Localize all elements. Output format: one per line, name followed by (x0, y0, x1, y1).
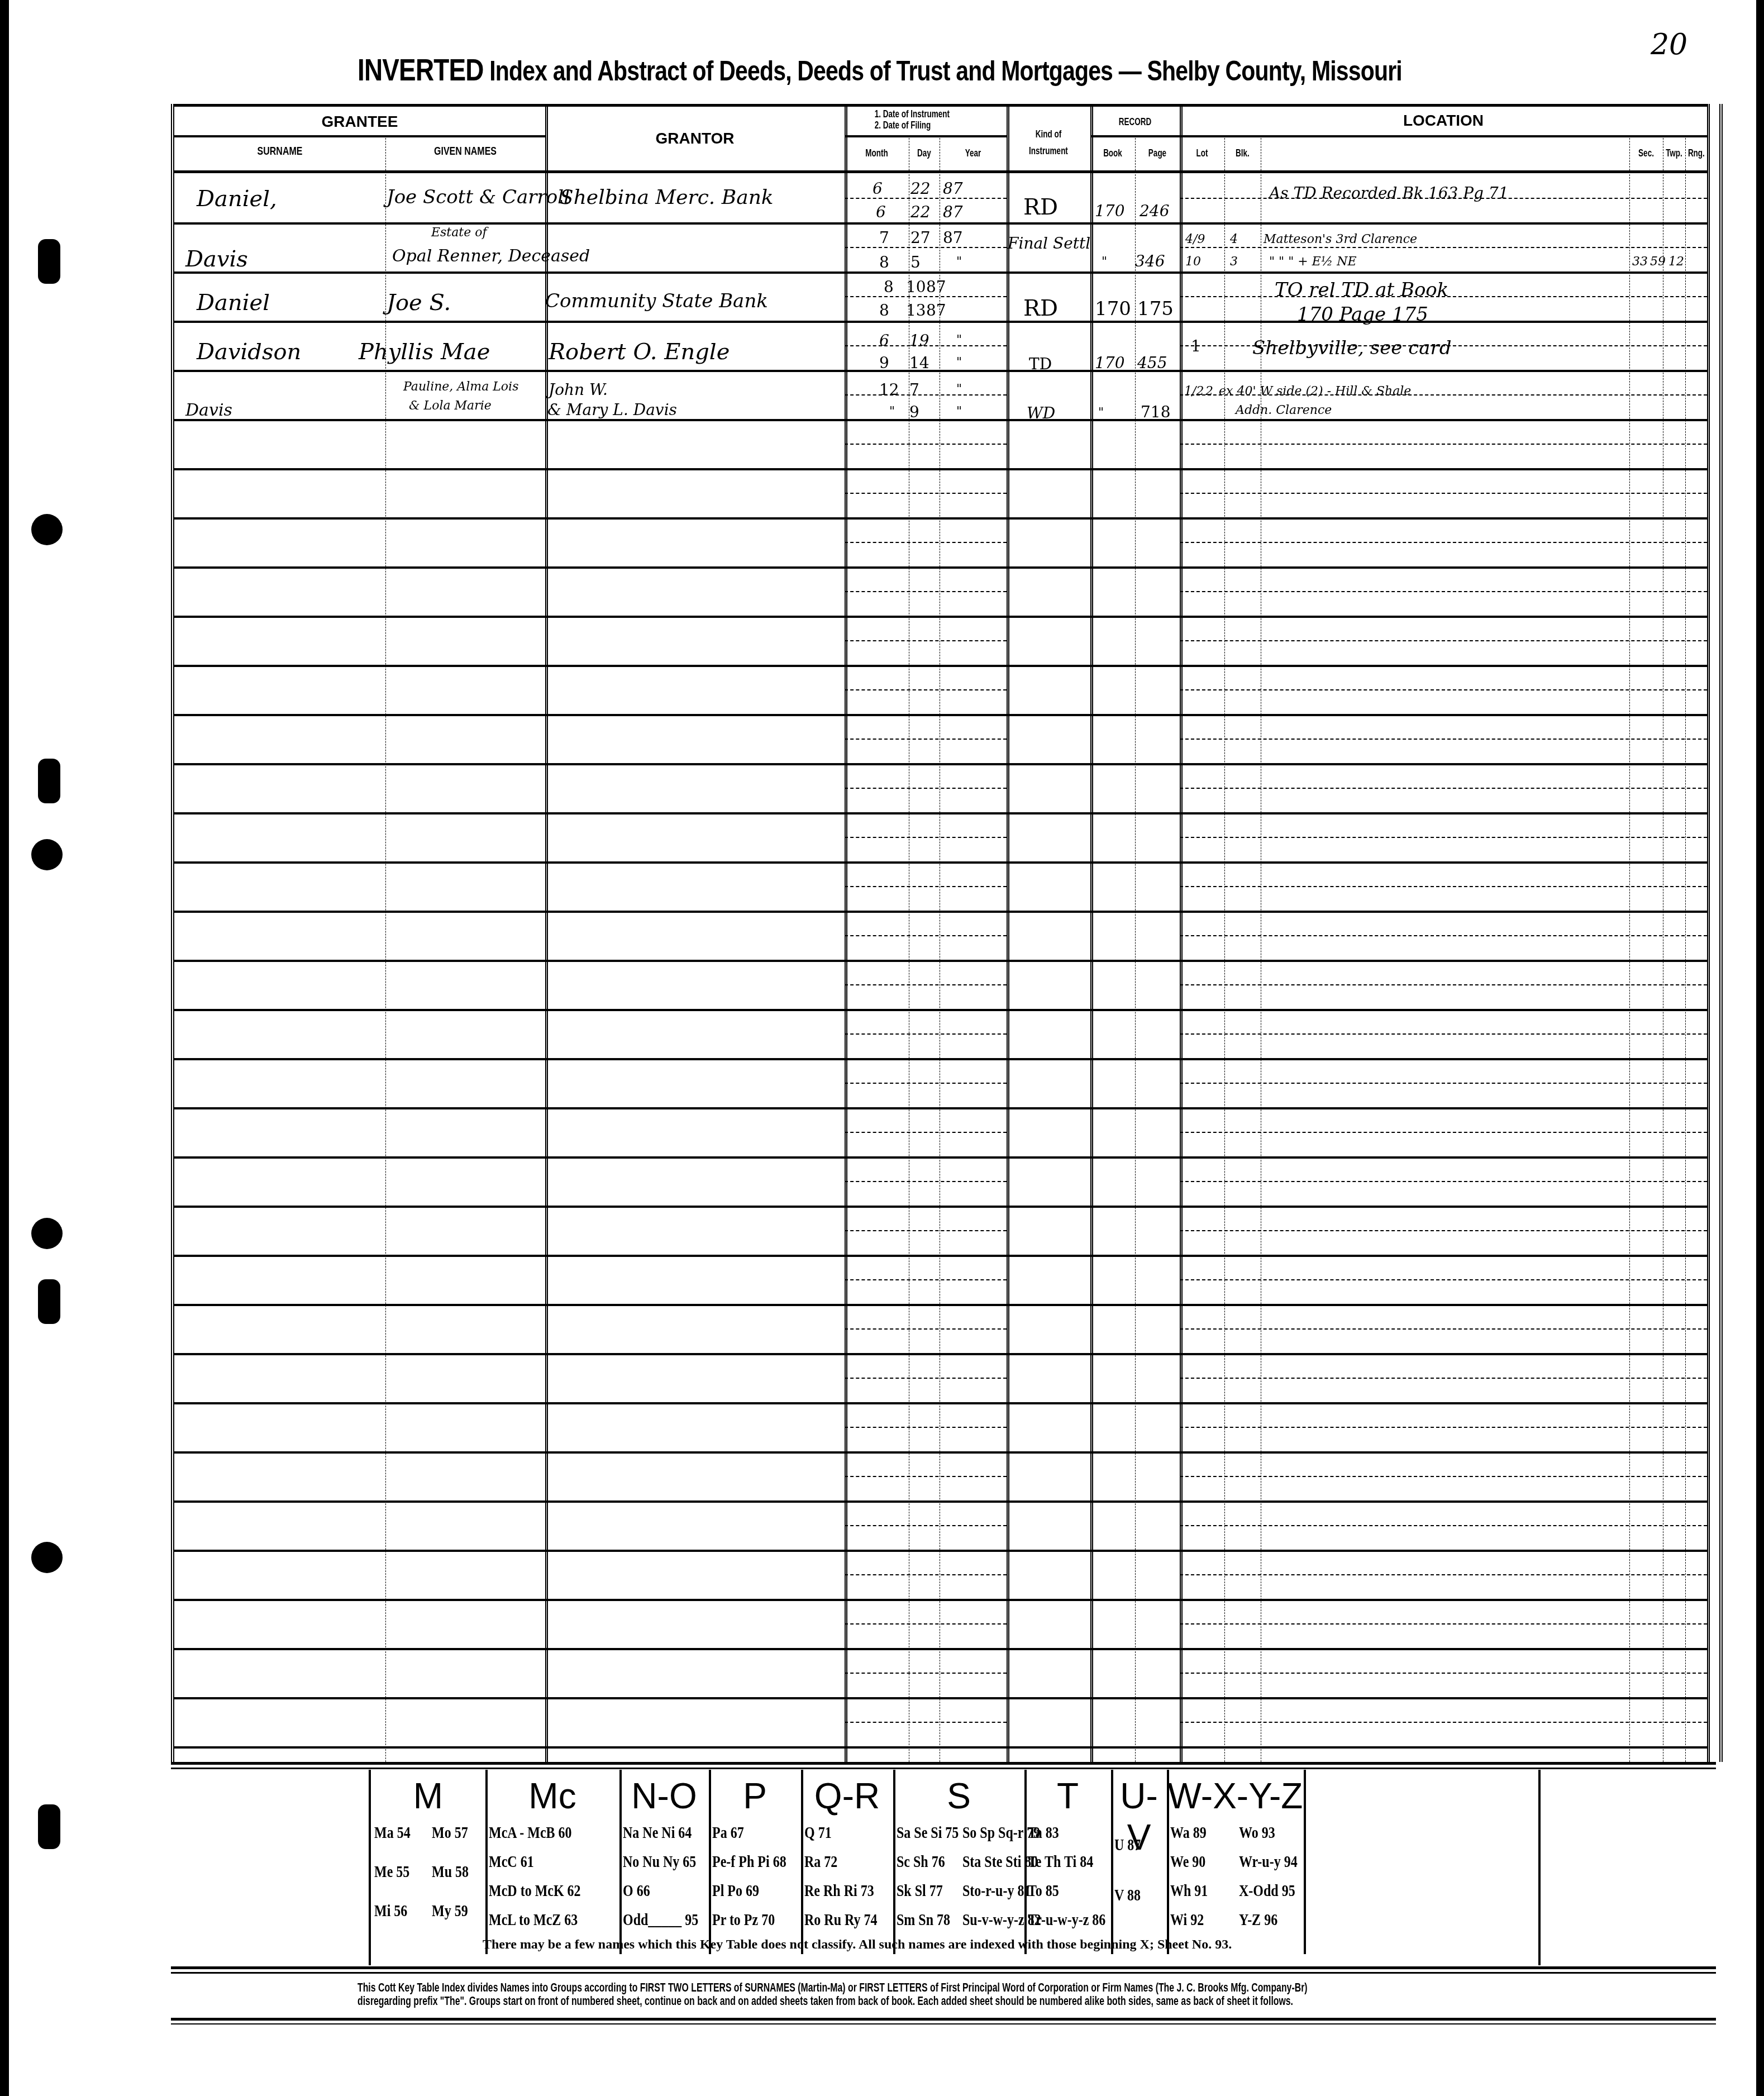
header-grantor: GRANTOR (545, 130, 845, 147)
row-half-rule (1180, 788, 1707, 789)
key-table-note: There may be a few names which this Key … (483, 1937, 1232, 1952)
entry-4-location: Shelbyville, see card (1252, 339, 1452, 358)
entry-1-file-day: 22 (910, 204, 931, 220)
entry-2-sec: 33 (1632, 256, 1648, 268)
key-group-letter: T (1024, 1775, 1111, 1817)
subcol-divider (1224, 135, 1225, 1762)
header-page: Page (1141, 147, 1174, 159)
row-rule (174, 1599, 1707, 1601)
entry-2-file-day: 5 (910, 255, 921, 270)
key-group-p: PPa 67Pe-f Ph Pi 68Pl Po 69Pr to Pz 70 (709, 1770, 803, 1954)
key-entry: Pe-f Ph Pi 68 (712, 1852, 786, 1871)
row-half-rule (1180, 444, 1707, 445)
entry-5-given-names: & Lola Marie (409, 400, 492, 412)
row-half-rule (1180, 591, 1707, 592)
entry-5-file-day: 9 (909, 404, 919, 420)
page-title: INVERTED Index and Abstract of Deeds, De… (357, 51, 1338, 88)
row-rule (174, 517, 1707, 520)
key-entry: X-Odd 95 (1239, 1881, 1295, 1900)
row-rule (174, 1156, 1707, 1159)
entry-4-surname: Davidson (197, 341, 301, 363)
row-half-rule (845, 886, 1007, 887)
binder-slot (38, 1279, 60, 1324)
binder-slot (38, 759, 60, 803)
row-half-rule (845, 935, 1007, 936)
entry-1-inst-year: 87 (943, 181, 963, 197)
key-entry: McD to McK 62 (489, 1881, 581, 1900)
row-half-rule (1180, 1378, 1707, 1379)
row-half-rule (1180, 1574, 1707, 1575)
entry-3-book: 170 (1095, 299, 1131, 318)
entry-2-file-year: " (956, 256, 962, 268)
row-rule (174, 1697, 1707, 1699)
subcol-divider (940, 135, 940, 1762)
row-half-rule (845, 542, 1007, 543)
entry-2-blk2: 3 (1230, 256, 1238, 268)
header-grantee: GRANTEE (174, 113, 545, 131)
entry-5-lot: 1/2 (1184, 385, 1204, 398)
col-divider (1707, 104, 1710, 1762)
entry-2-inst-month: 7 (879, 230, 889, 246)
entry-1-kind: RD (1023, 196, 1058, 218)
entry-4-file-day: 14 (909, 355, 929, 371)
key-group-letter: Q-R (801, 1775, 893, 1817)
key-group-n-o: N-ONa Ne Ni 64No Nu Ny 65O 66Odd_____ 95 (619, 1770, 711, 1954)
key-entry: Sto-r-u-y 81 (962, 1881, 1031, 1900)
row-rule (174, 222, 1707, 225)
row-rule (174, 1451, 1707, 1454)
subcol-divider (1685, 135, 1686, 1762)
row-half-rule (845, 788, 1007, 789)
row-rule (174, 1107, 1707, 1109)
row-half-rule (1180, 837, 1707, 838)
row-half-rule (845, 247, 1007, 248)
header-sec: Sec. (1634, 147, 1659, 159)
header-year: Year (948, 147, 998, 159)
entry-2-lot2: 10 (1185, 256, 1201, 268)
row-half-rule (1180, 1673, 1707, 1674)
row-half-rule (845, 1378, 1007, 1379)
row-rule (174, 271, 1707, 274)
key-group-letter: S (893, 1775, 1024, 1817)
entry-5-blk: 2 (1205, 385, 1213, 398)
row-half-rule (1180, 984, 1707, 985)
row-half-rule (845, 1673, 1007, 1674)
entry-4-inst-year: " (956, 334, 962, 346)
header-date-instrument: 1. Date of Instrument (866, 108, 997, 120)
entry-3-inst-day: 10 (906, 279, 926, 295)
key-entry: Wo 93 (1239, 1823, 1275, 1842)
entry-2-rng: 12 (1668, 256, 1684, 268)
row-half-rule (1180, 689, 1707, 690)
entry-3-inst-year: 87 (926, 279, 946, 295)
key-entry: Mi 56 (374, 1902, 407, 1921)
entry-5-location: ex 40' W side (2) - Hill & Shale (1219, 385, 1411, 398)
entry-3-file-month: 8 (879, 303, 889, 318)
page-number: 20 (1651, 28, 1687, 61)
entry-4-page: 455 (1137, 355, 1167, 371)
row-rule (174, 616, 1707, 618)
key-group-s: SSa Se Si 75Sc Sh 76Sk Sl 77Sm Sn 78So S… (893, 1770, 1027, 1954)
entry-1-location: As TD Recorded Bk 163 Pg 71 (1269, 185, 1509, 201)
header-day: Day (913, 147, 936, 159)
header-kind-of: Kind of (1017, 128, 1080, 140)
row-rule (174, 1009, 1707, 1011)
key-entry: Sm Sn 78 (897, 1911, 950, 1930)
entry-3-file-year: 87 (926, 303, 946, 318)
key-group-letter: M (371, 1775, 485, 1817)
entry-1-grantor: Shelbina Merc. Bank (560, 188, 774, 208)
entry-5-book: " (1098, 407, 1104, 419)
key-group-mc: McMcA - McB 60McC 61McD to McK 62McL to … (485, 1770, 622, 1954)
entry-3-location2: 170 Page 175 (1297, 305, 1428, 324)
table-bottom-rule (171, 1768, 1716, 1769)
footer-line-2: disregarding prefix "The". Groups start … (357, 1994, 1308, 2008)
binder-hole (31, 1218, 63, 1249)
key-entry: Q 71 (804, 1823, 832, 1842)
header-location: LOCATION (1180, 112, 1707, 130)
row-half-rule (1180, 1132, 1707, 1133)
key-entry: McL to McZ 63 (489, 1911, 578, 1930)
row-rule (174, 1206, 1707, 1208)
row-half-rule (1180, 739, 1707, 740)
binder-hole (31, 839, 63, 870)
row-half-rule (1180, 1722, 1707, 1723)
row-half-rule (845, 1427, 1007, 1428)
key-entry: Ra 72 (804, 1852, 837, 1871)
row-half-rule (1180, 1623, 1707, 1625)
header-lot: Lot (1185, 147, 1219, 159)
title-emphasis: INVERTED (357, 52, 484, 87)
key-entry: Sa Se Si 75 (897, 1823, 959, 1842)
row-half-rule (845, 198, 1007, 199)
header-divider (1090, 135, 1180, 137)
header-date-filing: 2. Date of Filing (866, 120, 997, 131)
row-half-rule (1180, 886, 1707, 887)
binder-hole (31, 514, 63, 545)
entry-5-file-month: " (889, 406, 895, 418)
entry-1-file-month: 6 (876, 204, 886, 220)
scan-right-edge (1756, 0, 1764, 2096)
entry-3-page: 175 (1137, 299, 1174, 318)
entry-2-location2: " " " + E½ NE (1269, 256, 1356, 268)
row-half-rule (1180, 1328, 1707, 1330)
key-group-m: MMa 54Me 55Mi 56Mo 57Mu 58My 59 (371, 1770, 488, 1954)
header-divider (1180, 135, 1707, 137)
key-entry: Na Ne Ni 64 (623, 1823, 692, 1842)
key-bottom-rule (171, 1966, 1716, 1969)
row-half-rule (1180, 1476, 1707, 1477)
entry-2-inst-day: 27 (910, 230, 931, 246)
row-half-rule (845, 640, 1007, 641)
entry-3-grantor: Community State Bank (545, 292, 768, 311)
entry-2-blk: 4 (1230, 234, 1238, 246)
footer-rule (171, 2023, 1716, 2024)
header-instrument: Instrument (1017, 145, 1080, 157)
row-rule (174, 911, 1707, 913)
entry-4-file-year: " (956, 356, 962, 369)
subcol-divider (1261, 135, 1261, 1762)
row-rule (174, 1353, 1707, 1355)
row-rule (174, 419, 1707, 421)
entry-1-surname: Daniel, (197, 188, 277, 210)
footer-rule (171, 2018, 1716, 2021)
entry-1-file-year: 87 (943, 204, 963, 220)
key-entry: No Nu Ny 65 (623, 1852, 696, 1871)
header-blk: Blk. (1229, 147, 1256, 159)
entry-5-inst-year: " (956, 383, 962, 396)
key-entry: V 88 (1114, 1886, 1141, 1905)
row-half-rule (1180, 247, 1707, 248)
row-rule (174, 1500, 1707, 1503)
footer-line-1: This Cott Key Table Index divides Names … (357, 1981, 1308, 1994)
row-rule (174, 665, 1707, 667)
entry-5-grantor: & Mary L. Davis (547, 402, 677, 418)
key-group-letter: N-O (619, 1775, 709, 1817)
table-bottom-rule (171, 1762, 1716, 1765)
key-entry: McA - McB 60 (489, 1823, 572, 1842)
row-half-rule (845, 444, 1007, 445)
row-half-rule (1180, 1181, 1707, 1182)
row-half-rule (845, 1476, 1007, 1477)
header-divider (845, 135, 1007, 137)
header-twp: Twp. (1666, 147, 1682, 159)
entry-2-inst-year: 87 (943, 230, 963, 246)
key-entry: Ma 54 (374, 1823, 411, 1842)
key-entry: Wa 89 (1170, 1823, 1207, 1842)
row-rule (174, 861, 1707, 864)
row-rule (174, 763, 1707, 765)
key-group-u-v: U-VU 87V 88 (1111, 1770, 1169, 1954)
row-half-rule (1180, 1525, 1707, 1526)
row-half-rule (1180, 640, 1707, 641)
key-entry: Pl Po 69 (712, 1881, 759, 1900)
key-entry: Ro Ru Ry 74 (804, 1911, 878, 1930)
row-half-rule (845, 1525, 1007, 1526)
row-half-rule (1180, 1230, 1707, 1231)
entry-2-twp: 59 (1650, 256, 1666, 268)
header-month: Month (852, 147, 900, 159)
entry-2-given-names: Opal Renner, Deceased (392, 248, 590, 265)
subcol-divider (1663, 135, 1663, 1762)
entry-5-file-year: " (956, 406, 962, 418)
cott-key-table: MMa 54Me 55Mi 56Mo 57Mu 58My 59McMcA - M… (369, 1770, 1541, 1965)
key-group-letter: W-X-Y-Z (1167, 1775, 1304, 1817)
entry-4-inst-month: 6 (879, 333, 889, 349)
entry-3-given-names: Joe S. (387, 292, 451, 314)
entry-5-grantor-line1: John W. (549, 382, 608, 398)
key-entry: O 66 (623, 1881, 650, 1900)
row-rule (174, 1304, 1707, 1306)
key-entry: Odd_____ 95 (623, 1911, 698, 1930)
row-half-rule (845, 1083, 1007, 1084)
row-half-rule (845, 493, 1007, 494)
row-half-rule (845, 837, 1007, 838)
key-bottom-rule (171, 1972, 1716, 1974)
entry-2-given-names-note: Estate of (431, 227, 487, 239)
row-rule (174, 321, 1707, 323)
key-entry: Tr-u-w-y-z 86 (1028, 1911, 1105, 1930)
entry-5-inst-day: 7 (909, 382, 919, 398)
entry-3-inst-month: 8 (884, 279, 894, 295)
row-half-rule (845, 1279, 1007, 1280)
row-half-rule (845, 296, 1007, 297)
entry-3-kind: RD (1023, 297, 1058, 320)
entry-5-inst-month: 12 (879, 382, 899, 398)
row-half-rule (845, 1230, 1007, 1231)
entry-2-page: 346 (1135, 254, 1165, 269)
entry-1-inst-day: 22 (910, 181, 931, 197)
entry-5-page: 718 (1141, 404, 1170, 420)
subcol-divider (1135, 135, 1136, 1762)
row-rule (174, 370, 1707, 372)
row-rule (174, 1746, 1707, 1749)
header-book: Book (1096, 147, 1129, 159)
entry-2-file-month: 8 (879, 255, 889, 270)
entry-2-lot: 4/9 (1185, 234, 1205, 246)
key-entry: Y-Z 96 (1239, 1911, 1277, 1930)
row-rule (174, 1550, 1707, 1552)
key-entry: We 90 (1170, 1852, 1205, 1871)
col-divider (545, 104, 548, 1762)
row-rule (174, 566, 1707, 569)
key-group-w-x-y-z: W-X-Y-ZWa 89We 90Wh 91Wi 92Wo 93Wr-u-y 9… (1167, 1770, 1306, 1954)
subcol-divider (909, 135, 909, 1762)
row-rule (174, 1058, 1707, 1060)
key-entry: Pr to Pz 70 (712, 1911, 775, 1930)
row-half-rule (1180, 1427, 1707, 1428)
header-record: RECORD (1102, 116, 1169, 128)
entry-2-kind: Final Settl (1008, 231, 1091, 256)
key-entry: To 85 (1028, 1881, 1059, 1900)
key-entry: My 59 (432, 1902, 468, 1921)
row-rule (174, 714, 1707, 716)
row-half-rule (1180, 1083, 1707, 1084)
key-group-q-r: Q-RQ 71Ra 72Re Rh Ri 73Ro Ru Ry 74 (801, 1770, 895, 1954)
scan-left-edge (0, 0, 9, 2096)
row-half-rule (845, 739, 1007, 740)
entry-4-file-month: 9 (879, 355, 889, 371)
header-divider (174, 135, 545, 137)
header-surname: SURNAME (196, 145, 364, 158)
key-entry: Ta 83 (1028, 1823, 1059, 1842)
row-half-rule (1180, 935, 1707, 936)
binder-slot (38, 239, 60, 284)
header-given-names: GIVEN NAMES (402, 145, 530, 158)
col-divider (845, 104, 847, 1762)
row-half-rule (845, 1574, 1007, 1575)
entry-4-book: 170 (1095, 355, 1124, 371)
row-rule (174, 960, 1707, 962)
key-group-letter: P (709, 1775, 801, 1817)
key-entry: Wh 91 (1170, 1881, 1208, 1900)
entry-2-surname: Davis (185, 248, 248, 270)
title-rest: Index and Abstract of Deeds, Deeds of Tr… (489, 55, 1402, 87)
key-entry: Te Th Ti 84 (1028, 1852, 1093, 1871)
footer-instructions: This Cott Key Table Index divides Names … (357, 1981, 1308, 2008)
entry-4-kind: TD (1029, 356, 1052, 372)
entry-2-location: Matteson's 3rd Clarence (1264, 234, 1417, 246)
entry-1-given-names: Joe Scott & Carroll (387, 188, 570, 207)
row-rule (174, 1402, 1707, 1404)
subcol-divider (1629, 135, 1630, 1762)
row-half-rule (1180, 1033, 1707, 1035)
key-entry: Mo 57 (432, 1823, 468, 1842)
entry-1-book: 170 (1095, 203, 1124, 219)
key-entry: Wr-u-y 94 (1239, 1852, 1298, 1871)
ledger-table: GRANTEE SURNAME GIVEN NAMES GRANTOR 1. D… (171, 104, 1723, 1762)
col-divider (1007, 104, 1009, 1762)
key-entry: Mu 58 (432, 1862, 469, 1881)
entry-1-page: 246 (1140, 203, 1169, 219)
row-half-rule (845, 1181, 1007, 1182)
key-entry: Pa 67 (712, 1823, 744, 1842)
entry-4-inst-day: 19 (909, 333, 929, 349)
entry-4-lot: 1 (1191, 339, 1201, 354)
key-entry: Sc Sh 76 (897, 1852, 945, 1871)
entry-3-surname: Daniel (197, 292, 270, 314)
row-rule (174, 468, 1707, 470)
binder-slot (38, 1804, 60, 1849)
row-half-rule (845, 591, 1007, 592)
entry-3-file-day: 13 (906, 303, 926, 318)
row-rule (174, 1648, 1707, 1650)
entry-5-kind: WD (1027, 406, 1055, 421)
key-entry: Wi 92 (1170, 1911, 1204, 1930)
row-rule (174, 1255, 1707, 1257)
row-half-rule (845, 1623, 1007, 1625)
entry-4-grantor: Robert O. Engle (549, 341, 730, 363)
entry-5-surname: Davis (185, 402, 232, 419)
entry-5-given-names-note: Pauline, Alma Lois (403, 381, 518, 393)
row-half-rule (1180, 542, 1707, 543)
row-half-rule (845, 1722, 1007, 1723)
row-half-rule (845, 1132, 1007, 1133)
row-half-rule (845, 1328, 1007, 1330)
key-group-letter: Mc (485, 1775, 619, 1817)
entry-3-location: TO rel TD at Book (1275, 280, 1448, 299)
col-divider (1090, 104, 1093, 1762)
subcol-divider (385, 135, 386, 1762)
key-entry: U 87 (1114, 1836, 1141, 1855)
header-rng: Rng. (1688, 147, 1704, 159)
row-half-rule (1180, 493, 1707, 494)
key-entry: Me 55 (374, 1862, 409, 1881)
row-half-rule (1180, 1279, 1707, 1280)
key-entry: Sk Sl 77 (897, 1881, 943, 1900)
key-group-t: TTa 83Te Th Ti 84To 85Tr-u-w-y-z 86 (1024, 1770, 1113, 1954)
row-half-rule (845, 1033, 1007, 1035)
entry-5-location2: Addn. Clarence (1236, 404, 1332, 417)
row-half-rule (845, 689, 1007, 690)
row-rule (174, 812, 1707, 814)
entry-1-inst-month: 6 (873, 181, 883, 197)
row-half-rule (845, 984, 1007, 985)
row-half-rule (845, 394, 1007, 396)
entry-2-book: " (1102, 256, 1107, 268)
col-divider (1180, 104, 1183, 1762)
key-entry: McC 61 (489, 1852, 534, 1871)
key-entry: Re Rh Ri 73 (804, 1881, 874, 1900)
entry-4-given-names: Phyllis Mae (359, 341, 490, 363)
binder-hole (31, 1542, 63, 1573)
